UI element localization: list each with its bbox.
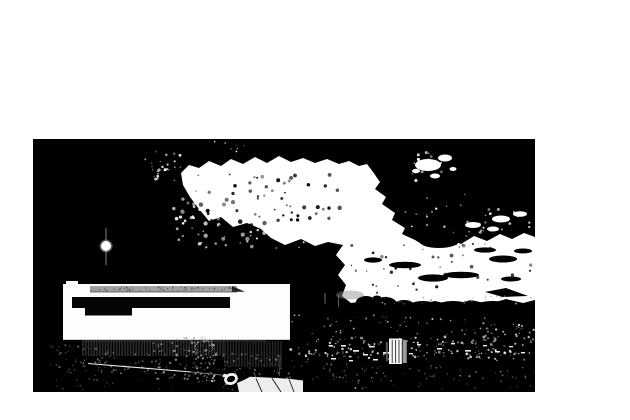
photo-frame: [33, 139, 535, 392]
house: [63, 281, 290, 341]
page-background: [0, 0, 630, 420]
scene-svg: [33, 139, 535, 392]
